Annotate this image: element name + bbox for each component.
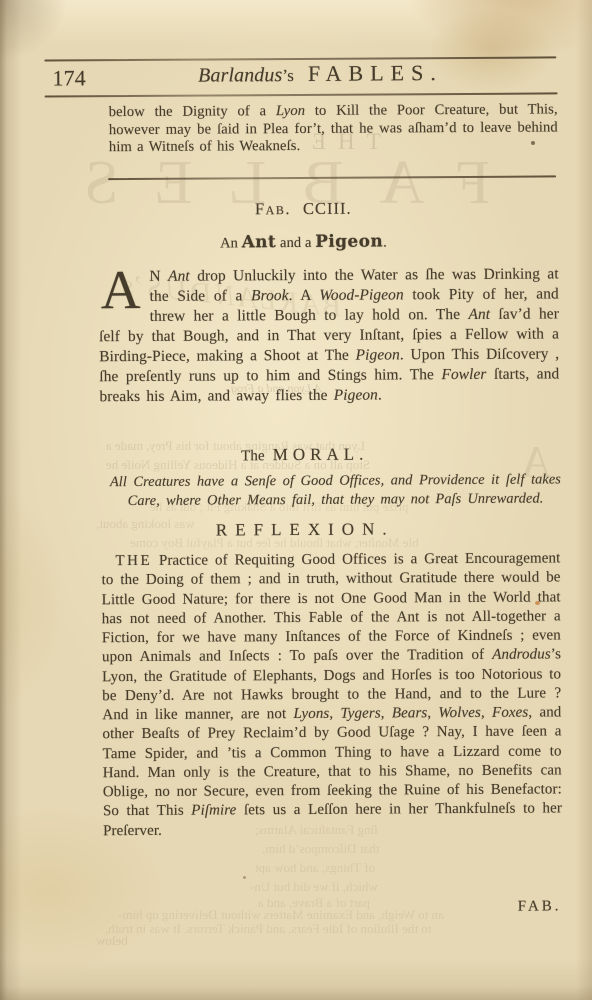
- catchword: FAB.: [518, 898, 562, 915]
- text-run: Pigeon: [315, 230, 383, 250]
- fable-number-heading: Fab.CCIII.: [97, 198, 509, 221]
- reflexion-paragraph: THE Practice of Requiting Good Offices i…: [101, 549, 562, 841]
- scanned-book-page: THEFABLESBARLANDUS’sA Lyon and a Frog.Ly…: [0, 0, 592, 1000]
- fable-label: Fab.: [255, 199, 291, 218]
- page-number: 174: [52, 65, 85, 91]
- ink-speck: [243, 876, 246, 879]
- text-run: Brook: [251, 287, 289, 304]
- text-run: Bears: [392, 705, 428, 721]
- text-run: Tygers: [340, 705, 380, 721]
- text-run: Piſmire: [191, 803, 236, 819]
- text-run: Lyon: [276, 103, 305, 119]
- fable-title: An Ant and a Pigeon.: [97, 230, 509, 254]
- text-run: .: [383, 234, 387, 250]
- text-run: THE: [115, 553, 152, 569]
- printed-text-layer: 174 Barlandus’s FABLES. below the Dignit…: [0, 0, 592, 1000]
- text-run: Pigeon: [334, 387, 378, 404]
- text-run: Ant: [468, 306, 490, 323]
- ink-speck: [531, 141, 535, 145]
- drop-cap-initial: A: [99, 267, 150, 310]
- section-divider-rule: [108, 175, 556, 179]
- text-run: Lyons: [293, 706, 329, 722]
- text-run: Ant: [168, 268, 190, 285]
- foxing-speck: [535, 601, 540, 605]
- running-title-author: Barlandus: [198, 64, 282, 87]
- text-run: and a: [276, 235, 315, 251]
- running-title-possessive: ’s: [282, 66, 294, 85]
- reflexion-heading: REFLEXION.: [99, 519, 511, 542]
- text-run: . A: [289, 287, 320, 304]
- running-title-main: FABLES.: [308, 60, 443, 86]
- text-run: ,: [427, 705, 438, 721]
- text-run: ,: [481, 705, 492, 721]
- moral-paragraph: All Creatures have a Senſe of Good Offic…: [110, 470, 561, 511]
- text-run: Androdus: [492, 647, 551, 663]
- text-run: N: [149, 268, 168, 285]
- text-run: ,: [329, 706, 340, 722]
- text-run: An: [220, 235, 242, 251]
- fable-roman-numeral: CCIII.: [303, 199, 352, 218]
- moral-heading-the: The: [241, 448, 265, 464]
- text-run: Ant: [242, 231, 277, 251]
- running-title: Barlandus’s FABLES.: [120, 60, 520, 88]
- carryover-paragraph: below the Dignity of a Lyon to Kill the …: [109, 101, 558, 157]
- fable-paragraph: AN Ant drop Unluckily into the Water as …: [99, 264, 560, 407]
- moral-heading-word: MORAL.: [273, 445, 369, 465]
- text-run: Fowler: [441, 366, 486, 383]
- text-run: Foxes: [492, 705, 528, 721]
- text-run: ,: [381, 705, 392, 721]
- text-run: Wolves: [438, 705, 481, 721]
- fable-paragraph-text: N Ant drop Unluckily into the Water as ſ…: [99, 265, 559, 405]
- text-run: Wood-Pigeon: [319, 286, 403, 304]
- header-rule-bottom: [45, 92, 558, 97]
- text-run: Pigeon: [356, 346, 400, 363]
- text-run: All Creatures have a Senſe of Good Offic…: [110, 471, 561, 509]
- moral-heading: TheMORAL.: [99, 444, 511, 467]
- text-run: .: [378, 386, 382, 403]
- text-run: below the Dignity of a: [109, 103, 276, 120]
